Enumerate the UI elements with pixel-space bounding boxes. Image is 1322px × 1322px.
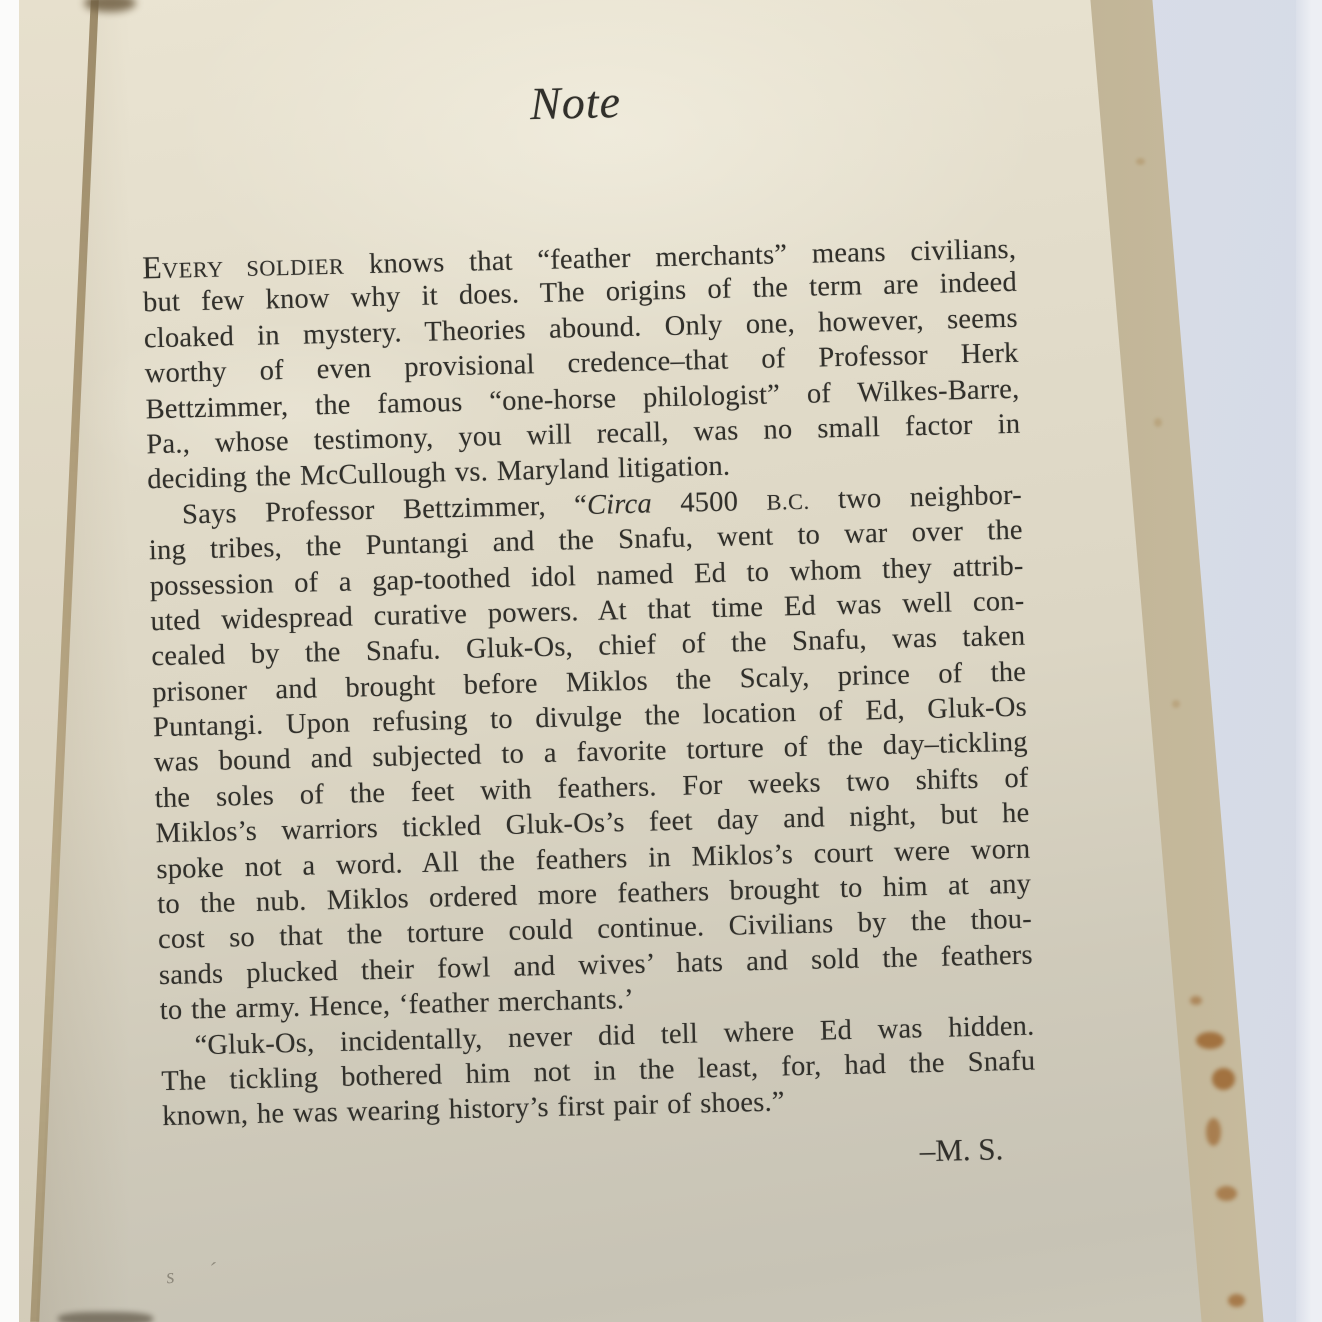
body-text: EVERY SOLDIER knows that “feather mercha… bbox=[142, 230, 1037, 1135]
foxing-stain bbox=[1190, 996, 1202, 1005]
foxing-speck bbox=[1136, 158, 1145, 165]
text-span: two neighbor- bbox=[809, 479, 1022, 515]
text-span: 4500 bbox=[651, 485, 766, 519]
foxing-stain bbox=[1228, 1294, 1245, 1307]
text-span: VERY SOLDIER bbox=[162, 254, 345, 283]
text-span: B.C. bbox=[766, 488, 810, 514]
page-content: Note EVERY SOLDIER knows that “feather m… bbox=[137, 10, 1038, 1187]
stray-mark: ˊ bbox=[210, 1258, 217, 1283]
foxing-speck bbox=[1172, 700, 1180, 708]
book-page-photo: Note EVERY SOLDIER knows that “feather m… bbox=[0, 0, 1322, 1322]
backdrop-right-band bbox=[1296, 0, 1322, 1322]
page-bottom-edge-shadow bbox=[58, 1312, 153, 1322]
backdrop-left-strip bbox=[0, 0, 19, 1322]
foxing-stain bbox=[1212, 1068, 1235, 1090]
page-title: Note bbox=[138, 66, 1013, 141]
text-span: Circa bbox=[587, 488, 653, 521]
foxing-stain bbox=[1206, 1118, 1221, 1146]
foxing-speck bbox=[1154, 418, 1162, 427]
foxing-stain bbox=[1216, 1186, 1237, 1201]
foxing-stain bbox=[1196, 1032, 1224, 1049]
text-span: E bbox=[142, 250, 163, 285]
